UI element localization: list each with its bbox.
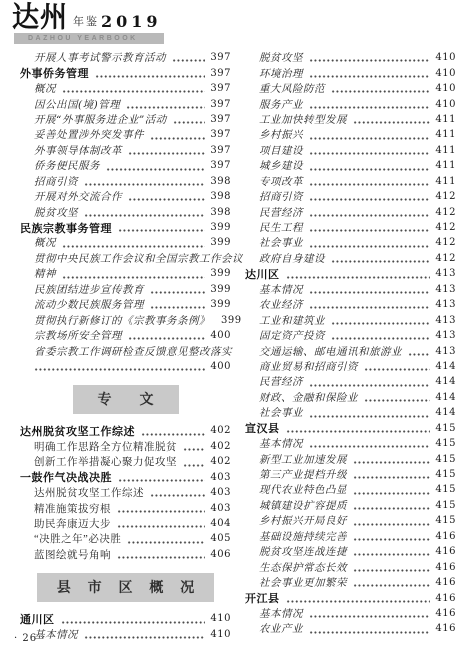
dot-leader xyxy=(309,152,430,155)
toc-entry-title: 环境治理 xyxy=(245,66,303,81)
dot-leader xyxy=(126,106,205,109)
toc-entry-title: 流动少数民族服务管理 xyxy=(20,297,144,312)
toc-entry-title: “决胜之年”必决胜 xyxy=(20,531,121,546)
toc-entry-title: 明确工作思路全方位精准脱贫 xyxy=(20,439,177,454)
toc-entry-title: 基本情况 xyxy=(245,606,303,621)
toc-entry-title: 妥善处置涉外突发事件 xyxy=(20,127,144,142)
toc-entry-title: 城镇建设扩容提质 xyxy=(245,498,347,513)
toc-page-number: 415 xyxy=(435,500,456,511)
toc-entry-title: 乡村振兴 xyxy=(245,127,303,142)
toc-row: 达州脱贫攻坚工作综述402 xyxy=(20,423,231,438)
masthead-title-line: 达州 年鉴 2019 xyxy=(12,4,164,31)
toc-row: 固定资产投资413 xyxy=(245,328,456,343)
dot-leader xyxy=(183,448,205,451)
toc-entry-title: 蓝图绘就号角响 xyxy=(20,547,111,562)
toc-row: 商业贸易和招商引资414 xyxy=(245,359,456,374)
toc-row: 基础设施持续完善416 xyxy=(245,529,456,544)
toc-row: 基本情况413 xyxy=(245,282,456,297)
dot-leader xyxy=(364,399,430,402)
toc-entry-title: 外事侨务管理 xyxy=(20,65,89,81)
toc-entry-title: 通川区 xyxy=(20,611,55,627)
toc-entry-title: 开江县 xyxy=(245,590,280,606)
dot-leader xyxy=(84,183,205,186)
toc-row: 明确工作思路全方位精准脱贫402 xyxy=(20,439,231,454)
dot-leader xyxy=(309,631,430,634)
toc-page-number: 402 xyxy=(210,425,231,436)
dot-leader xyxy=(150,306,205,309)
toc-page-number: 416 xyxy=(435,593,456,604)
toc-page-number: 397 xyxy=(210,114,231,125)
toc-row: 脱贫攻坚398 xyxy=(20,204,231,219)
toc-row: 城镇建设扩容提质415 xyxy=(245,498,456,513)
toc-row: “决胜之年”必决胜405 xyxy=(20,531,231,546)
dot-leader xyxy=(331,322,430,325)
toc-entry-title: 侨务便民服务 xyxy=(20,158,100,173)
dot-leader xyxy=(127,541,205,544)
masthead-tagline: DAZHOU YEARBOOK xyxy=(28,35,138,42)
yearbook-toc-page: 达州 年鉴 2019 DAZHOU YEARBOOK 开展人事考试警示教育活动3… xyxy=(0,0,474,654)
dot-leader xyxy=(331,90,430,93)
dot-leader xyxy=(309,137,430,140)
toc-entry-title: 精准施策拔穷根 xyxy=(20,501,111,516)
toc-entry-title: 政府自身建设 xyxy=(245,251,325,266)
toc-row: 社会事业更加繁荣416 xyxy=(245,575,456,590)
toc-entry-title: 因公出国(境)管理 xyxy=(20,97,120,112)
toc-page-number: 398 xyxy=(210,176,231,187)
toc-row: 基本情况410 xyxy=(20,627,231,642)
toc-row: 达州脱贫攻坚工作综述403 xyxy=(20,485,231,500)
dot-leader xyxy=(353,461,430,464)
toc-page-number: 411 xyxy=(435,114,456,125)
toc-entry-title: 脱贫攻坚 xyxy=(245,50,303,65)
toc-entry-title: 基本情况 xyxy=(245,282,303,297)
dot-leader xyxy=(286,430,431,433)
toc-entry-title: 乡村振兴开局良好 xyxy=(245,513,347,528)
dot-leader xyxy=(408,353,430,356)
toc-entry-title: 招商引资 xyxy=(20,174,78,189)
dot-leader xyxy=(309,384,430,387)
toc-page-number: 416 xyxy=(435,546,456,557)
toc-entry-title: 专项改革 xyxy=(245,174,303,189)
toc-page-number: 412 xyxy=(435,237,456,248)
dot-leader xyxy=(84,214,205,217)
toc-page-number: 416 xyxy=(435,577,456,588)
masthead-subtitle: 年鉴 xyxy=(73,13,99,29)
toc-page-number: 398 xyxy=(210,191,231,202)
dot-leader xyxy=(61,621,206,624)
dot-leader xyxy=(118,479,205,482)
toc-entry-title: 民族团结进步宣传教育 xyxy=(20,282,144,297)
dot-leader xyxy=(117,525,205,528)
toc-column-left: 开展人事考试警示教育活动397外事侨务管理397概况397因公出国(境)管理39… xyxy=(20,50,231,642)
toc-page-number: 415 xyxy=(435,454,456,465)
toc-page-number: 414 xyxy=(435,407,456,418)
dot-leader xyxy=(128,198,205,201)
toc-page-number: 410 xyxy=(435,83,456,94)
toc-row: 省委宗教工作调研检查反馈意见整改落实 xyxy=(20,343,231,358)
toc-page-number: 416 xyxy=(435,608,456,619)
toc-page-number: 413 xyxy=(435,268,456,279)
toc-row: 妥善处置涉外突发事件397 xyxy=(20,127,231,142)
toc-entry-title: 贯彻执行新修订的《宗教事务条例》 xyxy=(20,313,210,328)
toc-row: 民族团结进步宣传教育399 xyxy=(20,282,231,297)
toc-entry-title: 财政、金融和保险业 xyxy=(245,390,358,405)
dot-leader xyxy=(309,415,430,418)
toc-entry-title: 达州脱贫攻坚工作综述 xyxy=(20,423,135,439)
toc-entry-title: 省委宗教工作调研检查反馈意见整改落实 xyxy=(20,344,232,359)
dot-leader xyxy=(353,553,430,556)
toc-page-number: 411 xyxy=(435,176,456,187)
dot-leader xyxy=(34,368,205,371)
dot-leader xyxy=(364,368,430,371)
dot-leader xyxy=(353,584,430,587)
section-heading-row: 专 文 xyxy=(20,374,231,423)
toc-page-number: 402 xyxy=(210,456,231,467)
toc-entry-title: 第三产业提档升级 xyxy=(245,467,347,482)
dot-leader xyxy=(309,306,430,309)
toc-row: 民生工程412 xyxy=(245,220,456,235)
toc-row: 项目建设411 xyxy=(245,143,456,158)
toc-row: 社会事业414 xyxy=(245,405,456,420)
toc-row: 服务产业410 xyxy=(245,96,456,111)
toc-page-number: 402 xyxy=(210,441,231,452)
toc-row: 现代农业特色凸显415 xyxy=(245,482,456,497)
toc-row: 农业产业416 xyxy=(245,621,456,636)
toc-page-number: 413 xyxy=(435,284,456,295)
dot-leader xyxy=(309,291,430,294)
toc-entry-title: 贯彻中央民族工作会议和全国宗教工作会议 xyxy=(20,251,243,266)
toc-page-number: 399 xyxy=(221,315,242,326)
toc-entry-title: 农业经济 xyxy=(245,297,303,312)
toc-entry-title: 现代农业特色凸显 xyxy=(245,482,347,497)
toc-entry-title: 基本情况 xyxy=(245,436,303,451)
toc-page-number: 410 xyxy=(435,68,456,79)
toc-entry-title: 社会事业 xyxy=(245,235,303,250)
toc-page-number: 398 xyxy=(210,207,231,218)
toc-entry-title: 概况 xyxy=(20,81,56,96)
toc-entry-title: 概况 xyxy=(20,235,56,250)
toc-row: 社会事业412 xyxy=(245,235,456,250)
dot-leader xyxy=(309,214,430,217)
toc-entry-title: 一鼓作气决战决胜 xyxy=(20,469,112,485)
toc-entry-title: 助民奔康迈大步 xyxy=(20,516,111,531)
dot-leader xyxy=(353,523,430,526)
toc-page-number: 397 xyxy=(210,68,231,79)
dot-leader xyxy=(331,337,430,340)
toc-row: 400 xyxy=(20,359,231,374)
toc-row: 脱贫攻坚410 xyxy=(245,50,456,65)
toc-row: 生态保护常态长效416 xyxy=(245,559,456,574)
toc-row: 工业和建筑业413 xyxy=(245,312,456,327)
toc-page-number: 411 xyxy=(435,160,456,171)
toc-row: 开展人事考试警示教育活动397 xyxy=(20,50,231,65)
dot-leader xyxy=(309,615,430,618)
dot-leader xyxy=(353,569,430,572)
toc-page-number: 397 xyxy=(210,129,231,140)
section-heading-box: 专 文 xyxy=(73,385,179,414)
toc-row: 开展“外事服务进企业”活动397 xyxy=(20,112,231,127)
toc-page-number: 415 xyxy=(435,438,456,449)
toc-page-number: 400 xyxy=(210,330,231,341)
toc-entry-title: 民族宗教事务管理 xyxy=(20,220,112,236)
toc-entry-title: 宗教场所安全管理 xyxy=(20,328,122,343)
toc-entry-title: 生态保护常态长效 xyxy=(245,560,347,575)
dot-leader xyxy=(128,152,205,155)
toc-row: 贯彻中央民族工作会议和全国宗教工作会议 xyxy=(20,251,231,266)
toc-row: 概况399 xyxy=(20,235,231,250)
dot-leader xyxy=(62,245,205,248)
toc-entry-title: 工业和建筑业 xyxy=(245,313,325,328)
toc-entry-title: 民生工程 xyxy=(245,220,303,235)
dot-leader xyxy=(309,168,430,171)
toc-page-number: 397 xyxy=(210,83,231,94)
dot-leader xyxy=(309,229,430,232)
toc-entry-title: 达川区 xyxy=(245,266,280,282)
toc-page-number: 413 xyxy=(435,346,456,357)
dot-leader xyxy=(331,260,430,263)
toc-page-number: 404 xyxy=(210,518,231,529)
dot-leader xyxy=(118,229,205,232)
toc-entry-title: 社会事业更加繁荣 xyxy=(245,575,347,590)
dot-leader xyxy=(95,75,205,78)
toc-row: 招商引资398 xyxy=(20,174,231,189)
toc-page-number: 413 xyxy=(435,315,456,326)
dot-leader xyxy=(150,137,205,140)
toc-row: 脱贫攻坚连战连捷416 xyxy=(245,544,456,559)
dot-leader xyxy=(353,507,430,510)
toc-row: 基本情况416 xyxy=(245,606,456,621)
masthead-year: 2019 xyxy=(101,12,162,31)
dot-leader xyxy=(183,464,205,467)
toc-row: 招商引资412 xyxy=(245,189,456,204)
toc-row: 贯彻执行新修订的《宗教事务条例》399 xyxy=(20,312,231,327)
dot-leader xyxy=(106,168,205,171)
dot-leader xyxy=(84,636,205,639)
toc-entry-title: 开展人事考试警示教育活动 xyxy=(20,50,166,65)
toc-row: 流动少数民族服务管理399 xyxy=(20,297,231,312)
toc-row: 开展对外交流合作398 xyxy=(20,189,231,204)
toc-page-number: 397 xyxy=(210,145,231,156)
dot-leader xyxy=(150,494,205,497)
toc-entry-title: 外事领导体制改革 xyxy=(20,143,122,158)
dot-leader xyxy=(286,276,431,279)
section-heading-row: 县 市 区 概 况 xyxy=(20,562,231,611)
toc-row: 外事侨务管理397 xyxy=(20,65,231,80)
toc-entry-title: 创新工作举措凝心聚力促攻坚 xyxy=(20,454,177,469)
toc-row: 民营经济414 xyxy=(245,374,456,389)
toc-entry-title: 民营经济 xyxy=(245,205,303,220)
toc-page-number: 399 xyxy=(210,237,231,248)
toc-page-number: 415 xyxy=(435,515,456,526)
toc-row: 宗教场所安全管理400 xyxy=(20,328,231,343)
toc-entry-title: 项目建设 xyxy=(245,143,303,158)
dot-leader xyxy=(309,445,430,448)
dot-leader xyxy=(309,198,430,201)
toc-page-number: 412 xyxy=(435,207,456,218)
toc-row: 精准施策拔穷根403 xyxy=(20,500,231,515)
toc-entry-title: 基础设施持续完善 xyxy=(245,529,347,544)
toc-page-number: 405 xyxy=(210,533,231,544)
toc-entry-title: 商业贸易和招商引资 xyxy=(245,359,358,374)
dot-leader xyxy=(353,476,430,479)
toc-page-number: 412 xyxy=(435,222,456,233)
toc-row: 因公出国(境)管理397 xyxy=(20,96,231,111)
toc-row: 农业经济413 xyxy=(245,297,456,312)
toc-row: 一鼓作气决战决胜403 xyxy=(20,470,231,485)
dot-leader xyxy=(309,183,430,186)
toc-row: 宣汉县415 xyxy=(245,421,456,436)
dot-leader xyxy=(309,245,430,248)
toc-entry-title: 农业产业 xyxy=(245,621,303,636)
toc-row: 乡村振兴开局良好415 xyxy=(245,513,456,528)
toc-row: 第三产业提档升级415 xyxy=(245,467,456,482)
toc-page-number: 410 xyxy=(210,629,231,640)
toc-entry-title: 社会事业 xyxy=(245,405,303,420)
dot-leader xyxy=(150,291,205,294)
toc-row: 蓝图绘就号角响406 xyxy=(20,547,231,562)
toc-row: 侨务便民服务397 xyxy=(20,158,231,173)
toc-row: 民营经济412 xyxy=(245,204,456,219)
masthead: 达州 年鉴 2019 DAZHOU YEARBOOK xyxy=(12,4,164,44)
toc-row: 概况397 xyxy=(20,81,231,96)
toc-row: 达川区413 xyxy=(245,266,456,281)
toc-entry-title: 达州脱贫攻坚工作综述 xyxy=(20,485,144,500)
toc-page-number: 414 xyxy=(435,376,456,387)
toc-entry-title: 工业加快转型发展 xyxy=(245,112,347,127)
toc-row: 财政、金融和保险业414 xyxy=(245,390,456,405)
toc-page-number: 411 xyxy=(435,129,456,140)
toc-page-number: 403 xyxy=(210,487,231,498)
folio-page-number: · 26 · xyxy=(14,633,45,644)
toc-row: 外事领导体制改革397 xyxy=(20,143,231,158)
dot-leader xyxy=(62,90,205,93)
toc-entry-title: 招商引资 xyxy=(245,189,303,204)
dot-leader xyxy=(172,59,205,62)
dot-leader xyxy=(128,337,205,340)
toc-page-number: 414 xyxy=(435,392,456,403)
toc-entry-title: 重大风险防范 xyxy=(245,81,325,96)
toc-row: 乡村振兴411 xyxy=(245,127,456,142)
toc-row: 开江县416 xyxy=(245,590,456,605)
toc-row: 新型工业加速发展415 xyxy=(245,451,456,466)
toc-row: 创新工作举措凝心聚力促攻坚402 xyxy=(20,454,231,469)
toc-page-number: 406 xyxy=(210,549,231,560)
section-heading-box: 县 市 区 概 况 xyxy=(37,573,215,602)
toc-page-number: 413 xyxy=(435,299,456,310)
toc-entry-title: 精神 xyxy=(20,266,56,281)
toc-page-number: 414 xyxy=(435,361,456,372)
toc-row: 专项改革411 xyxy=(245,174,456,189)
toc-page-number: 413 xyxy=(435,330,456,341)
toc-row: 基本情况415 xyxy=(245,436,456,451)
toc-entry-title: 交通运输、邮电通讯和旅游业 xyxy=(245,344,402,359)
dot-leader xyxy=(173,121,206,124)
toc-entry-title: 民营经济 xyxy=(245,374,303,389)
toc-row: 重大风险防范410 xyxy=(245,81,456,96)
masthead-title: 达州 xyxy=(12,3,68,31)
dot-leader xyxy=(309,75,430,78)
toc-page-number: 415 xyxy=(435,484,456,495)
dot-leader xyxy=(141,433,205,436)
dot-leader xyxy=(309,106,430,109)
toc-row: 政府自身建设412 xyxy=(245,251,456,266)
toc-entry-title: 脱贫攻坚 xyxy=(20,205,78,220)
toc-page-number: 399 xyxy=(210,268,231,279)
toc-page-number: 397 xyxy=(210,160,231,171)
toc-page-number: 412 xyxy=(435,191,456,202)
toc-page-number: 410 xyxy=(435,52,456,63)
dot-leader xyxy=(353,538,430,541)
dot-leader xyxy=(309,59,430,62)
toc-row: 通川区410 xyxy=(20,611,231,626)
dot-leader xyxy=(117,510,205,513)
toc-entry-title: 开展“外事服务进企业”活动 xyxy=(20,112,167,127)
dot-leader xyxy=(117,556,205,559)
dot-leader xyxy=(62,276,205,279)
toc-page-number: 411 xyxy=(435,145,456,156)
toc-entry-title: 宣汉县 xyxy=(245,420,280,436)
dot-leader xyxy=(353,121,430,124)
toc-page-number: 403 xyxy=(210,472,231,483)
toc-page-number: 397 xyxy=(210,99,231,110)
toc-entry-title: 开展对外交流合作 xyxy=(20,189,122,204)
dot-leader xyxy=(353,492,430,495)
toc-row: 民族宗教事务管理399 xyxy=(20,220,231,235)
toc-entry-title: 脱贫攻坚连战连捷 xyxy=(245,544,347,559)
toc-row: 精神399 xyxy=(20,266,231,281)
toc-page-number: 415 xyxy=(435,423,456,434)
toc-entry-title: 固定资产投资 xyxy=(245,328,325,343)
toc-page-number: 399 xyxy=(210,299,231,310)
toc-column-right: 脱贫攻坚410环境治理410重大风险防范410服务产业410工业加快转型发展41… xyxy=(245,50,456,637)
toc-row: 工业加快转型发展411 xyxy=(245,112,456,127)
toc-page-number: 416 xyxy=(435,562,456,573)
dot-leader xyxy=(286,600,431,603)
toc-page-number: 416 xyxy=(435,623,456,634)
masthead-tagline-bar: DAZHOU YEARBOOK xyxy=(14,33,164,44)
toc-row: 助民奔康迈大步404 xyxy=(20,516,231,531)
toc-page-number: 399 xyxy=(210,284,231,295)
toc-page-number: 415 xyxy=(435,469,456,480)
toc-page-number: 410 xyxy=(210,613,231,624)
toc-row: 环境治理410 xyxy=(245,65,456,80)
toc-page-number: 399 xyxy=(210,222,231,233)
toc-page-number: 412 xyxy=(435,253,456,264)
toc-row: 城乡建设411 xyxy=(245,158,456,173)
toc-page-number: 410 xyxy=(435,99,456,110)
toc-entry-title: 服务产业 xyxy=(245,97,303,112)
toc-page-number: 397 xyxy=(210,52,231,63)
toc-page-number: 400 xyxy=(210,361,231,372)
toc-page-number: 403 xyxy=(210,503,231,514)
toc-page-number: 416 xyxy=(435,531,456,542)
toc-entry-title: 城乡建设 xyxy=(245,158,303,173)
toc-row: 交通运输、邮电通讯和旅游业413 xyxy=(245,343,456,358)
toc-entry-title: 新型工业加速发展 xyxy=(245,452,347,467)
